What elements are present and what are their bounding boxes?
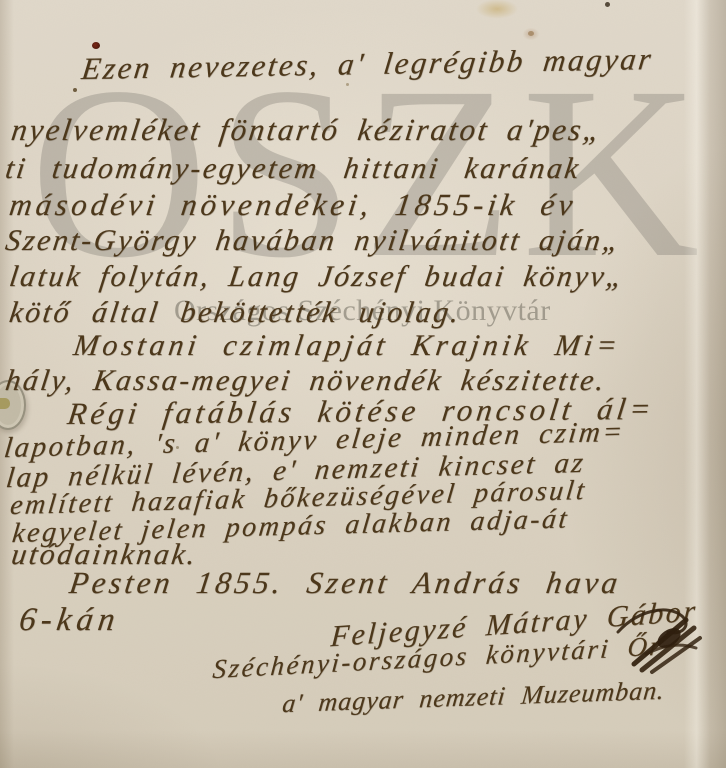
signature-flourish: [612, 602, 716, 688]
manuscript-line: Mostani czimlapját Krajnik Mi=: [71, 329, 623, 362]
manuscript-line: kötő által beköttették ujolag.: [7, 296, 463, 329]
manuscript-line: 6-kán: [17, 602, 122, 638]
paper-speck: [73, 88, 77, 92]
manuscript-line: a' magyar nemzeti Muzeumban.: [281, 677, 666, 719]
manuscript-line: ti tudomány-egyetem hittani karának: [3, 152, 583, 185]
ink-blot: [92, 42, 100, 49]
manuscript-line: latuk folytán, Lang József budai könyv„: [7, 260, 627, 293]
paper-speck: [346, 83, 349, 86]
manuscript-line: nyelvemléket föntartó kéziratot a'pes„: [9, 113, 605, 147]
paper-speck: [528, 31, 534, 36]
manuscript-line: Szent-György havában nyilvánitott aján„: [3, 224, 624, 257]
manuscript-page: OSZK Országos Széchényi Könyvtár Ezen ne…: [0, 0, 726, 768]
manuscript-line: Pesten 1855. Szent András hava: [67, 566, 623, 600]
manuscript-line: másodévi növendékei, 1855-ik év: [7, 188, 579, 222]
paper-speck: [605, 2, 610, 7]
